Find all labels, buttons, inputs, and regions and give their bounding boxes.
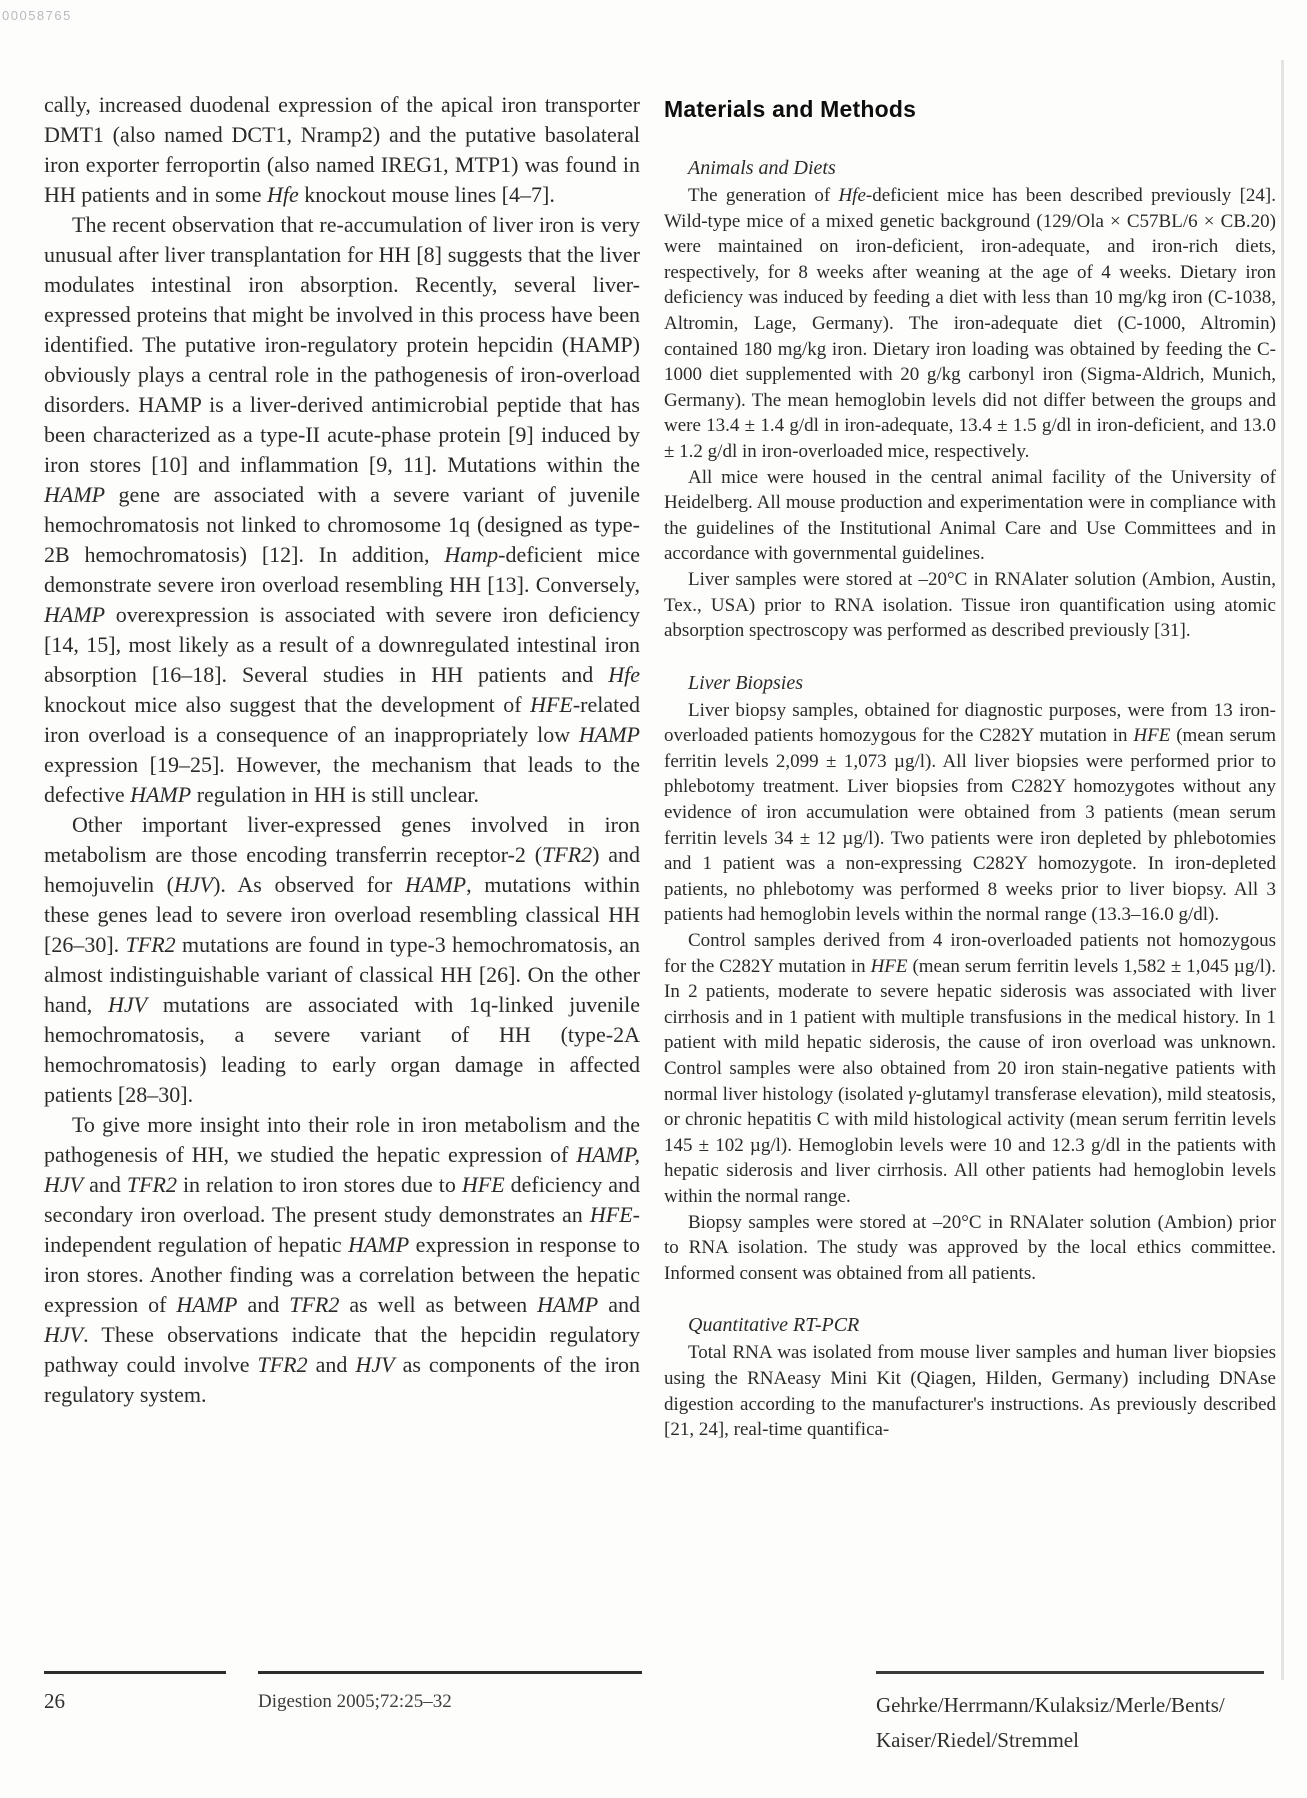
journal-reference: Digestion 2005;72:25–32 [258, 1691, 452, 1713]
section-heading: Materials and Methods [664, 96, 1276, 123]
right-column-sections: Animals and DietsThe generation of Hfe-d… [664, 155, 1276, 1443]
subsection-heading: Liver Biopsies [664, 670, 1276, 696]
paragraph: Biopsy samples were stored at –20°C in R… [664, 1210, 1276, 1287]
paragraph: The generation of Hfe-deficient mice has… [664, 183, 1276, 465]
footer-rule-left [44, 1671, 226, 1674]
paragraph: The recent observation that re-accumulat… [44, 210, 640, 810]
paragraph: Other important liver-expressed genes in… [44, 810, 640, 1110]
paragraph: To give more insight into their role in … [44, 1110, 640, 1410]
paragraph: Control samples derived from 4 iron-over… [664, 928, 1276, 1210]
subsection-heading: Animals and Diets [664, 155, 1276, 181]
paragraph: Liver samples were stored at –20°C in RN… [664, 567, 1276, 644]
scan-number: 00058765 [2, 8, 72, 23]
footer-rule-center [258, 1671, 642, 1674]
journal-page-scan: 00058765 cally, increased duodenal expre… [0, 0, 1307, 1798]
running-authors-line1: Gehrke/Herrmann/Kulaksiz/Merle/Bents/ [876, 1688, 1225, 1723]
running-authors-line2: Kaiser/Riedel/Stremmel [876, 1723, 1225, 1758]
subsection-heading: Quantitative RT-PCR [664, 1312, 1276, 1338]
right-column: Materials and Methods Animals and DietsT… [664, 96, 1276, 1443]
left-column: cally, increased duodenal expression of … [44, 90, 640, 1410]
scan-edge-artifact [1281, 60, 1284, 1680]
page-number: 26 [44, 1689, 65, 1714]
paragraph: Liver biopsy samples, obtained for diagn… [664, 698, 1276, 928]
paragraph: Total RNA was isolated from mouse liver … [664, 1340, 1276, 1442]
paragraph: All mice were housed in the central anim… [664, 465, 1276, 567]
running-authors: Gehrke/Herrmann/Kulaksiz/Merle/Bents/ Ka… [876, 1688, 1225, 1758]
footer-rule-right [876, 1671, 1264, 1674]
paragraph: cally, increased duodenal expression of … [44, 90, 640, 210]
